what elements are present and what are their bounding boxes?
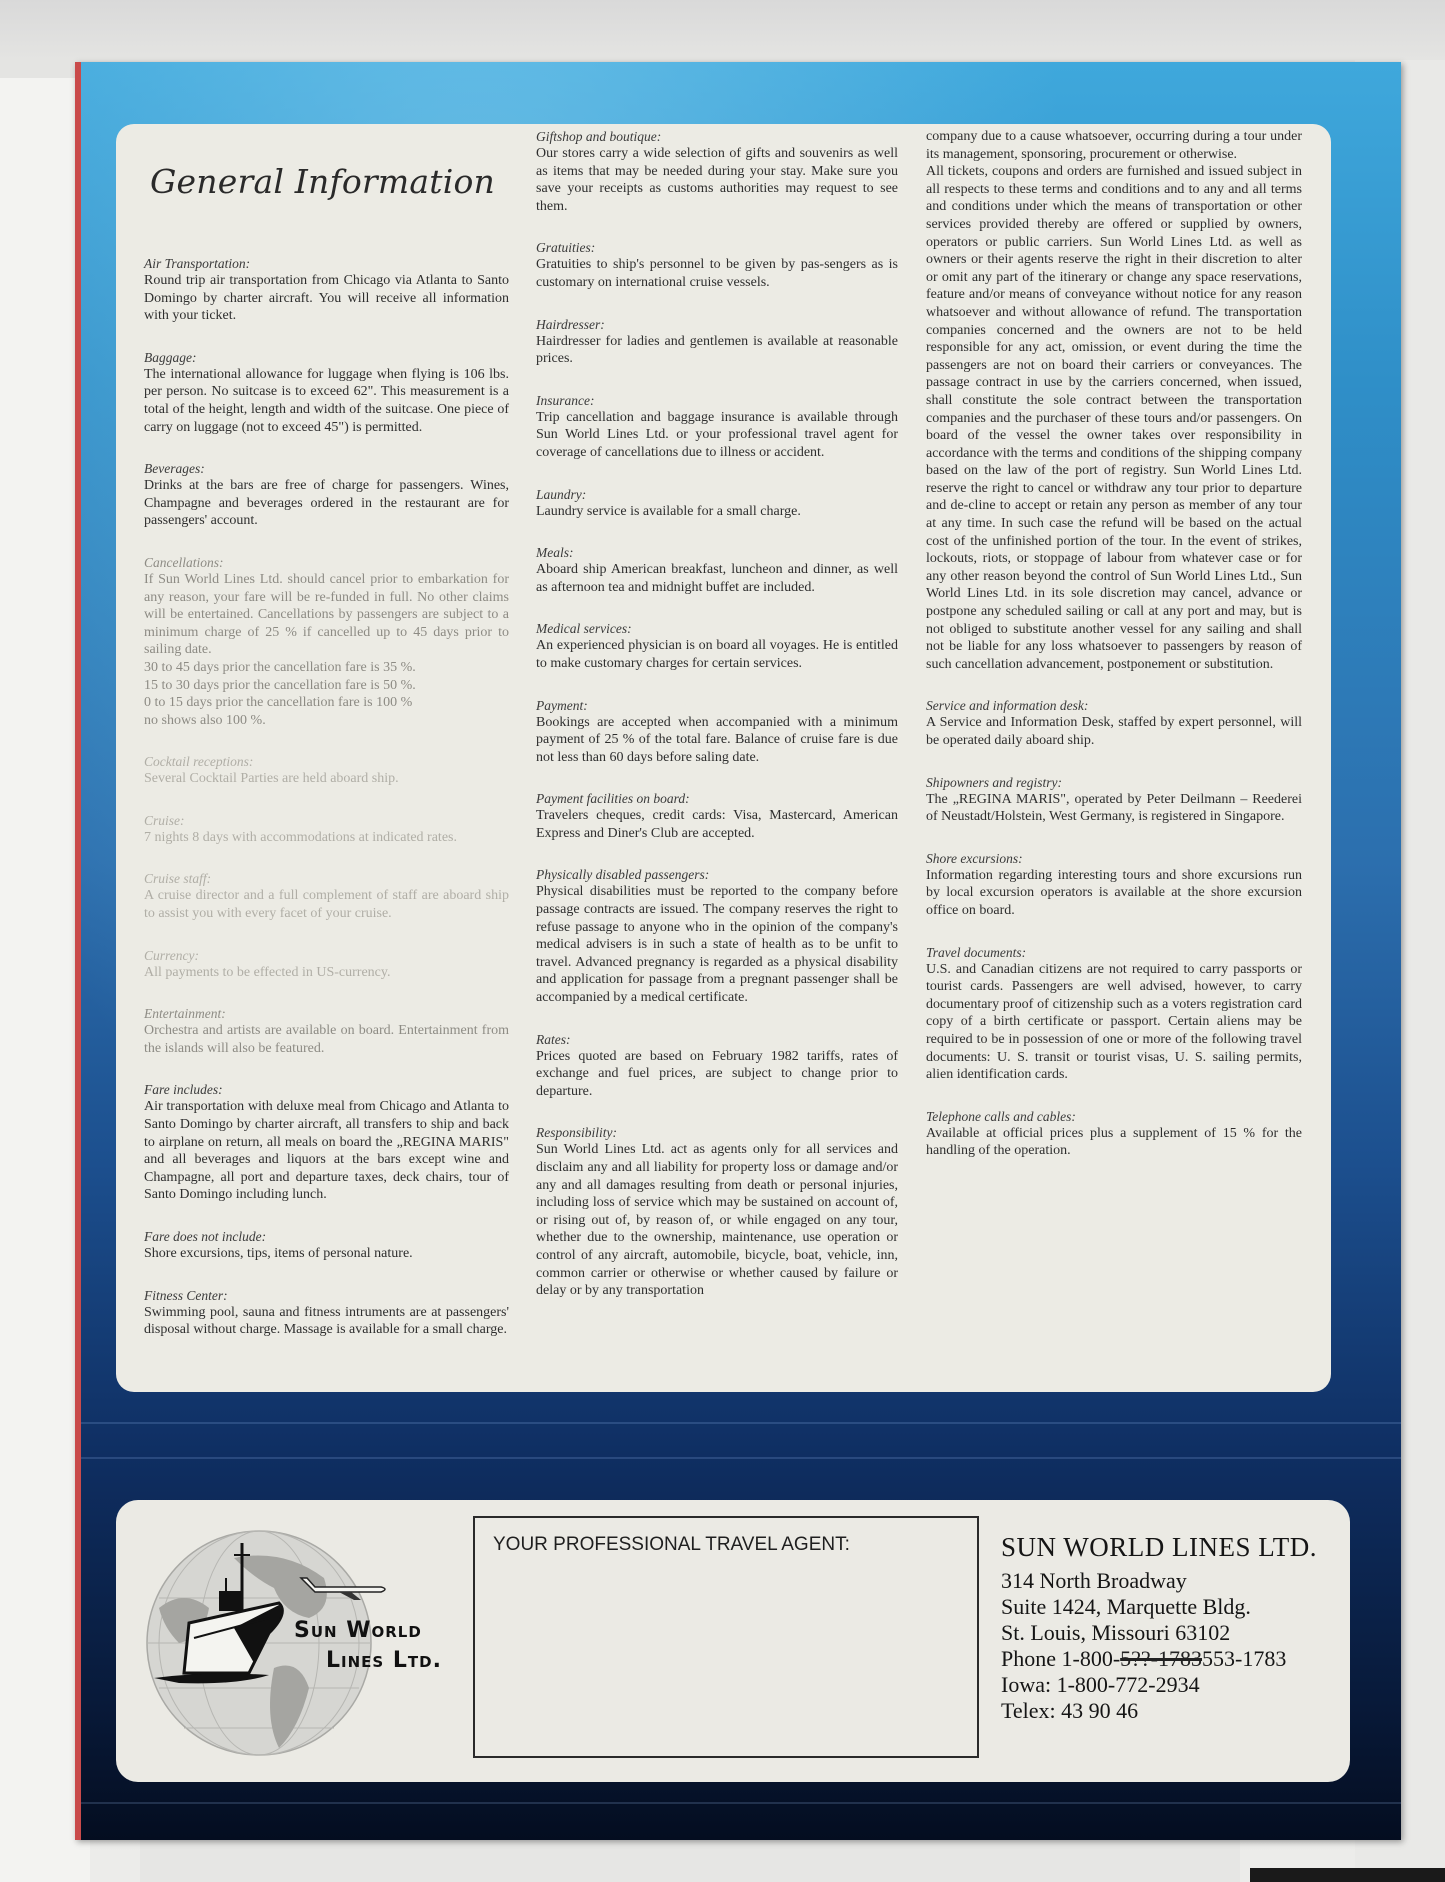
section-fare-excludes: Fare does not include: Shore excursions,… — [144, 1228, 509, 1263]
section-heading: Cocktail receptions: — [144, 753, 509, 770]
section-heading: Medical services: — [536, 620, 898, 637]
section-heading: Payment facilities on board: — [536, 790, 898, 807]
section-currency: Currency: All payments to be effected in… — [144, 947, 509, 982]
logo-wordmark: Sun World Lines Ltd. — [294, 1616, 442, 1676]
section-body: Trip cancellation and baggage insurance … — [536, 409, 898, 462]
table-surface-bottom — [140, 1840, 1240, 1882]
section-medical-services: Medical services: An experienced physici… — [536, 620, 898, 672]
section-cocktail-receptions: Cocktail receptions: Several Cocktail Pa… — [144, 753, 509, 788]
section-air-transportation: Air Transportation: Round trip air trans… — [144, 255, 509, 325]
section-body: 7 nights 8 days with accommodations at i… — [144, 829, 509, 847]
section-heading: Fare does not include: — [144, 1228, 509, 1245]
section-heading: Gratuities: — [536, 239, 898, 256]
suite-address: Suite 1424, Marquette Bldg. — [1001, 1594, 1341, 1620]
section-body: Aboard ship American breakfast, luncheon… — [536, 561, 898, 596]
telex-number: Telex: 43 90 46 — [1001, 1698, 1341, 1724]
section-heading: Baggage: — [144, 349, 509, 366]
section-body: A Service and Information Desk, staffed … — [926, 714, 1302, 749]
section-body: Drinks at the bars are free of charge fo… — [144, 477, 509, 530]
section-meals: Meals: Aboard ship American breakfast, l… — [536, 544, 898, 596]
ocean-wave — [81, 1422, 1401, 1424]
section-heading: Giftshop and boutique: — [536, 128, 898, 145]
section-body: Round trip air transportation from Chica… — [144, 272, 509, 325]
section-fitness-center: Fitness Center: Swimming pool, sauna and… — [144, 1287, 509, 1339]
street-address: 314 North Broadway — [1001, 1568, 1341, 1594]
section-heading: Laundry: — [536, 486, 898, 503]
section-payment: Payment: Bookings are accepted when acco… — [536, 697, 898, 767]
section-service-desk: Service and information desk: A Service … — [926, 697, 1302, 749]
city-address: St. Louis, Missouri 63102 — [1001, 1620, 1341, 1646]
ocean-wave — [81, 1802, 1401, 1804]
section-gratuities: Gratuities: Gratuities to ship's personn… — [536, 239, 898, 291]
logo-line-2: Lines Ltd. — [294, 1646, 442, 1676]
section-cruise: Cruise: 7 nights 8 days with accommodati… — [144, 812, 509, 847]
cancellation-schedule: 30 to 45 days prior the cancellation far… — [144, 659, 509, 729]
section-body: Our stores carry a wide selection of gif… — [536, 145, 898, 215]
section-body: Air transportation with deluxe meal from… — [144, 1098, 509, 1204]
logo-line-1: Sun World — [294, 1618, 422, 1643]
section-fare-includes: Fare includes: Air transportation with d… — [144, 1081, 509, 1204]
column-1: General Information Air Transportation: … — [144, 134, 509, 1363]
section-heading: Air Transportation: — [144, 255, 509, 272]
contact-panel: Sun World Lines Ltd. YOUR PROFESSIONAL T… — [116, 1500, 1350, 1782]
section-giftshop: Giftshop and boutique: Our stores carry … — [536, 128, 898, 215]
section-body: Orchestra and artists are available on b… — [144, 1022, 509, 1057]
section-laundry: Laundry: Laundry service is available fo… — [536, 486, 898, 521]
section-payment-facilities: Payment facilities on board: Travelers c… — [536, 790, 898, 842]
section-heading: Meals: — [536, 544, 898, 561]
section-body: company due to a cause whatsoever, occur… — [926, 128, 1302, 673]
section-body: A cruise director and a full complement … — [144, 887, 509, 922]
company-name: SUN WORLD LINES LTD. — [1001, 1532, 1341, 1562]
section-body: If Sun World Lines Ltd. should cancel pr… — [144, 571, 509, 659]
section-responsibility: Responsibility: Sun World Lines Ltd. act… — [536, 1124, 898, 1299]
cancellation-tier: 0 to 15 days prior the cancellation fare… — [144, 694, 509, 712]
section-body: Information regarding interesting tours … — [926, 867, 1302, 920]
page-title: General Information — [150, 162, 509, 201]
section-heading: Insurance: — [536, 392, 898, 409]
section-heading: Shore excursions: — [926, 850, 1302, 867]
section-heading: Cruise: — [144, 812, 509, 829]
section-body: An experienced physician is on board all… — [536, 637, 898, 672]
section-body: All payments to be effected in US-curren… — [144, 964, 509, 982]
cancellation-tier: 15 to 30 days prior the cancellation far… — [144, 677, 509, 695]
section-body: Physical disabilities must be reported t… — [536, 883, 898, 1006]
section-heading: Cruise staff: — [144, 870, 509, 887]
ocean-wave — [81, 1457, 1401, 1459]
section-body: Several Cocktail Parties are held aboard… — [144, 770, 509, 788]
section-heading: Service and information desk: — [926, 697, 1302, 714]
section-heading: Beverages: — [144, 460, 509, 477]
section-body: Hairdresser for ladies and gentlemen is … — [536, 333, 898, 368]
section-heading: Rates: — [536, 1031, 898, 1048]
section-heading: Shipowners and registry: — [926, 774, 1302, 791]
section-shore-excursions: Shore excursions: Information regarding … — [926, 850, 1302, 920]
brochure-back-cover: General Information Air Transportation: … — [75, 62, 1401, 1840]
section-cancellations: Cancellations: If Sun World Lines Ltd. s… — [144, 554, 509, 729]
section-insurance: Insurance: Trip cancellation and baggage… — [536, 392, 898, 462]
section-heading: Currency: — [144, 947, 509, 964]
responsibility-paragraph: All tickets, coupons and orders are furn… — [926, 163, 1302, 673]
section-body: Travelers cheques, credit cards: Visa, M… — [536, 807, 898, 842]
section-heading: Fare includes: — [144, 1081, 509, 1098]
section-rates: Rates: Prices quoted are based on Februa… — [536, 1031, 898, 1101]
section-body: Sun World Lines Ltd. act as agents only … — [536, 1141, 898, 1299]
section-entertainment: Entertainment: Orchestra and artists are… — [144, 1005, 509, 1057]
section-body: Swimming pool, sauna and fitness intrume… — [144, 1304, 509, 1339]
section-heading: Hairdresser: — [536, 316, 898, 333]
section-heading: Payment: — [536, 697, 898, 714]
section-telephone: Telephone calls and cables: Available at… — [926, 1108, 1302, 1160]
responsibility-paragraph: company due to a cause whatsoever, occur… — [926, 128, 1302, 163]
section-responsibility-continued: company due to a cause whatsoever, occur… — [926, 128, 1302, 673]
section-heading: Cancellations: — [144, 554, 509, 571]
section-heading: Entertainment: — [144, 1005, 509, 1022]
section-body: Gratuities to ship's personnel to be giv… — [536, 256, 898, 291]
airplane-icon — [299, 1573, 389, 1603]
cancellation-tier: no shows also 100 %. — [144, 712, 509, 730]
section-cruise-staff: Cruise staff: A cruise director and a fu… — [144, 870, 509, 922]
iowa-phone: Iowa: 1-800-772-2934 — [1001, 1672, 1341, 1698]
phone-line: Phone 1-800-5??-1783553-1783 — [1001, 1646, 1341, 1672]
phone-crossed-out: 5??-1783 — [1120, 1646, 1202, 1671]
section-heading: Responsibility: — [536, 1124, 898, 1141]
section-hairdresser: Hairdresser: Hairdresser for ladies and … — [536, 316, 898, 368]
section-baggage: Baggage: The international allowance for… — [144, 349, 509, 436]
section-heading: Physically disabled passengers: — [536, 866, 898, 883]
section-beverages: Beverages: Drinks at the bars are free o… — [144, 460, 509, 530]
column-3: company due to a cause whatsoever, occur… — [926, 128, 1302, 1184]
general-information-panel: General Information Air Transportation: … — [116, 124, 1331, 1392]
section-shipowners: Shipowners and registry: The „REGINA MAR… — [926, 774, 1302, 826]
section-body: Available at official prices plus a supp… — [926, 1125, 1302, 1160]
section-body: Prices quoted are based on February 1982… — [536, 1048, 898, 1101]
section-heading: Telephone calls and cables: — [926, 1108, 1302, 1125]
travel-agent-label: YOUR PROFESSIONAL TRAVEL AGENT: — [493, 1534, 850, 1556]
company-address: SUN WORLD LINES LTD. 314 North Broadway … — [1001, 1532, 1341, 1724]
company-logo: Sun World Lines Ltd. — [124, 1518, 464, 1768]
column-2: Giftshop and boutique: Our stores carry … — [536, 128, 898, 1324]
travel-agent-stamp-box: YOUR PROFESSIONAL TRAVEL AGENT: — [473, 1516, 979, 1758]
section-heading: Travel documents: — [926, 944, 1302, 961]
section-body: U.S. and Canadian citizens are not requi… — [926, 961, 1302, 1084]
cancellation-tier: 30 to 45 days prior the cancellation far… — [144, 659, 509, 677]
section-heading: Fitness Center: — [144, 1287, 509, 1304]
section-body: Shore excursions, tips, items of persona… — [144, 1245, 509, 1263]
section-body: Laundry service is available for a small… — [536, 503, 898, 521]
table-edge — [1250, 1868, 1445, 1882]
section-body: The „REGINA MARIS", operated by Peter De… — [926, 791, 1302, 826]
section-body: Bookings are accepted when accompanied w… — [536, 714, 898, 767]
section-travel-documents: Travel documents: U.S. and Canadian citi… — [926, 944, 1302, 1084]
phone-prefix: Phone 1-800- — [1001, 1646, 1120, 1671]
phone-number: 553-1783 — [1202, 1646, 1286, 1671]
section-disabled-passengers: Physically disabled passengers: Physical… — [536, 866, 898, 1006]
section-body: The international allowance for luggage … — [144, 366, 509, 436]
